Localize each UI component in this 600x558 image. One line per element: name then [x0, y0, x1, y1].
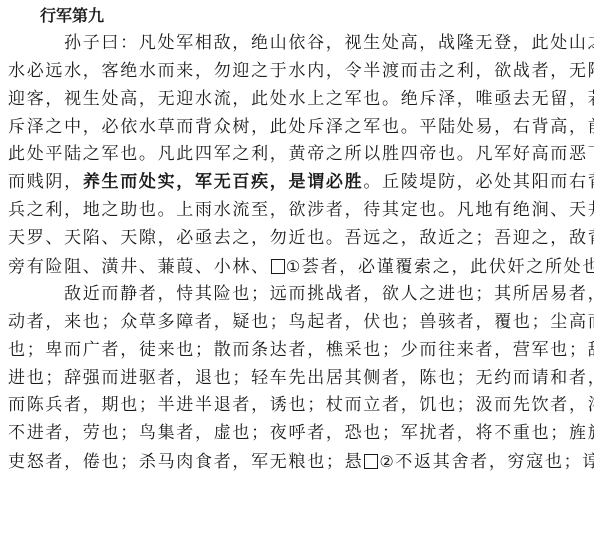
text-run: 荟者，必谨覆索之，此伏奸之所处也。	[302, 257, 594, 277]
text-line: 斥泽之中，必依水草而背众树，此处斥泽之军也。平陆处易，右背高，前死后生，	[8, 114, 594, 142]
footnote-marker: ①	[286, 253, 302, 281]
text-line: 天罗、天陷、天隙，必亟去之，勿近也。吾远之，敌近之；吾迎之，敌背之。军	[8, 225, 594, 253]
text-line: 而陈兵者，期也；半进半退者，诱也；杖而立者，饥也；汲而先饮者，渴也；见利而	[8, 392, 594, 420]
text-run: 不返其舍者，穷寇也；谆谆	[395, 452, 594, 472]
text-run: 水必远水，客绝水而来，勿迎之于水内，令半渡而击之利，欲战者，无附于水而	[8, 61, 594, 81]
text-line: 进也；辞强而进驱者，退也；轻车先出居其侧者，陈也；无约而请和者，谋也；奔走	[8, 365, 594, 393]
text-line: 旁有险阻、潢井、蒹葭、小林、①荟者，必谨覆索之，此伏奸之所处也。	[8, 253, 594, 281]
text-run: 进也；辞强而进驱者，退也；轻车先出居其侧者，陈也；无约而请和者，谋也；奔走	[8, 368, 594, 388]
text-run: 兵之利，地之助也。上雨水流至，欲涉者，待其定也。凡地有绝涧、天井、天牢、	[8, 200, 594, 220]
blank-box	[271, 259, 285, 274]
text-run: 敌近而静者，恃其险也；远而挑战者，欲人之进也；其所居易者，利也；众树	[64, 284, 594, 304]
text-run: 不进者，劳也；鸟集者，虚也；夜呼者，恐也；军扰者，将不重也；旌旗动者，乱也；	[8, 423, 594, 443]
text-run: 而贱阴，	[8, 172, 83, 192]
blank-box	[364, 454, 378, 469]
document-page: 行军第九 孙子曰：凡处军相敌，绝山依谷，视生处高，战隆无登，此处山之军也。绝水必…	[8, 2, 594, 476]
text-line: 兵之利，地之助也。上雨水流至，欲涉者，待其定也。凡地有绝涧、天井、天牢、	[8, 197, 594, 225]
text-run: 。丘陵堤防，必处其阳而右背之，此	[363, 172, 594, 192]
footnote-marker: ②	[379, 448, 395, 476]
text-line: 孙子曰：凡处军相敌，绝山依谷，视生处高，战隆无登，此处山之军也。绝	[8, 30, 594, 58]
text-line: 此处平陆之军也。凡此四军之利，黄帝之所以胜四帝也。凡军好高而恶下，贵阳	[8, 141, 594, 169]
text-line: 敌近而静者，恃其险也；远而挑战者，欲人之进也；其所居易者，利也；众树	[8, 281, 594, 309]
text-run: 迎客，视生处高，无迎水流，此处水上之军也。绝斥泽，唯亟去无留，若交军于	[8, 89, 594, 109]
text-line: 动者，来也；众草多障者，疑也；鸟起者，伏也；兽骇者，覆也；尘高而锐者，车来	[8, 309, 594, 337]
text-run: 吏怒者，倦也；杀马肉食者，军无粮也；悬	[8, 452, 363, 472]
bold-phrase: 养生而处实，军无百疾，是谓必胜	[83, 172, 364, 192]
text-line: 不进者，劳也；鸟集者，虚也；夜呼者，恐也；军扰者，将不重也；旌旗动者，乱也；	[8, 420, 594, 448]
text-run: 此处平陆之军也。凡此四军之利，黄帝之所以胜四帝也。凡军好高而恶下，贵阳	[8, 144, 594, 164]
text-line: 也；卑而广者，徒来也；散而条达者，樵采也；少而往来者，营军也；辞卑而备者，	[8, 337, 594, 365]
text-run: 孙子曰：凡处军相敌，绝山依谷，视生处高，战隆无登，此处山之军也。绝	[64, 33, 594, 53]
document-body: 孙子曰：凡处军相敌，绝山依谷，视生处高，战隆无登，此处山之军也。绝水必远水，客绝…	[8, 30, 594, 476]
text-run: 而陈兵者，期也；半进半退者，诱也；杖而立者，饥也；汲而先饮者，渴也；见利而	[8, 395, 594, 415]
text-line: 而贱阴，养生而处实，军无百疾，是谓必胜。丘陵堤防，必处其阳而右背之，此	[8, 169, 594, 197]
text-run: 动者，来也；众草多障者，疑也；鸟起者，伏也；兽骇者，覆也；尘高而锐者，车来	[8, 312, 594, 332]
text-run: 天罗、天陷、天隙，必亟去之，勿近也。吾远之，敌近之；吾迎之，敌背之。军	[8, 228, 594, 248]
chapter-title: 行军第九	[8, 2, 594, 30]
text-line: 吏怒者，倦也；杀马肉食者，军无粮也；悬②不返其舍者，穷寇也；谆谆③	[8, 448, 594, 476]
text-line: 迎客，视生处高，无迎水流，此处水上之军也。绝斥泽，唯亟去无留，若交军于	[8, 86, 594, 114]
text-run: 斥泽之中，必依水草而背众树，此处斥泽之军也。平陆处易，右背高，前死后生，	[8, 117, 594, 137]
text-run: 旁有险阻、潢井、蒹葭、小林、	[8, 257, 270, 277]
text-line: 水必远水，客绝水而来，勿迎之于水内，令半渡而击之利，欲战者，无附于水而	[8, 58, 594, 86]
text-run: 也；卑而广者，徒来也；散而条达者，樵采也；少而往来者，营军也；辞卑而备者，	[8, 340, 594, 360]
